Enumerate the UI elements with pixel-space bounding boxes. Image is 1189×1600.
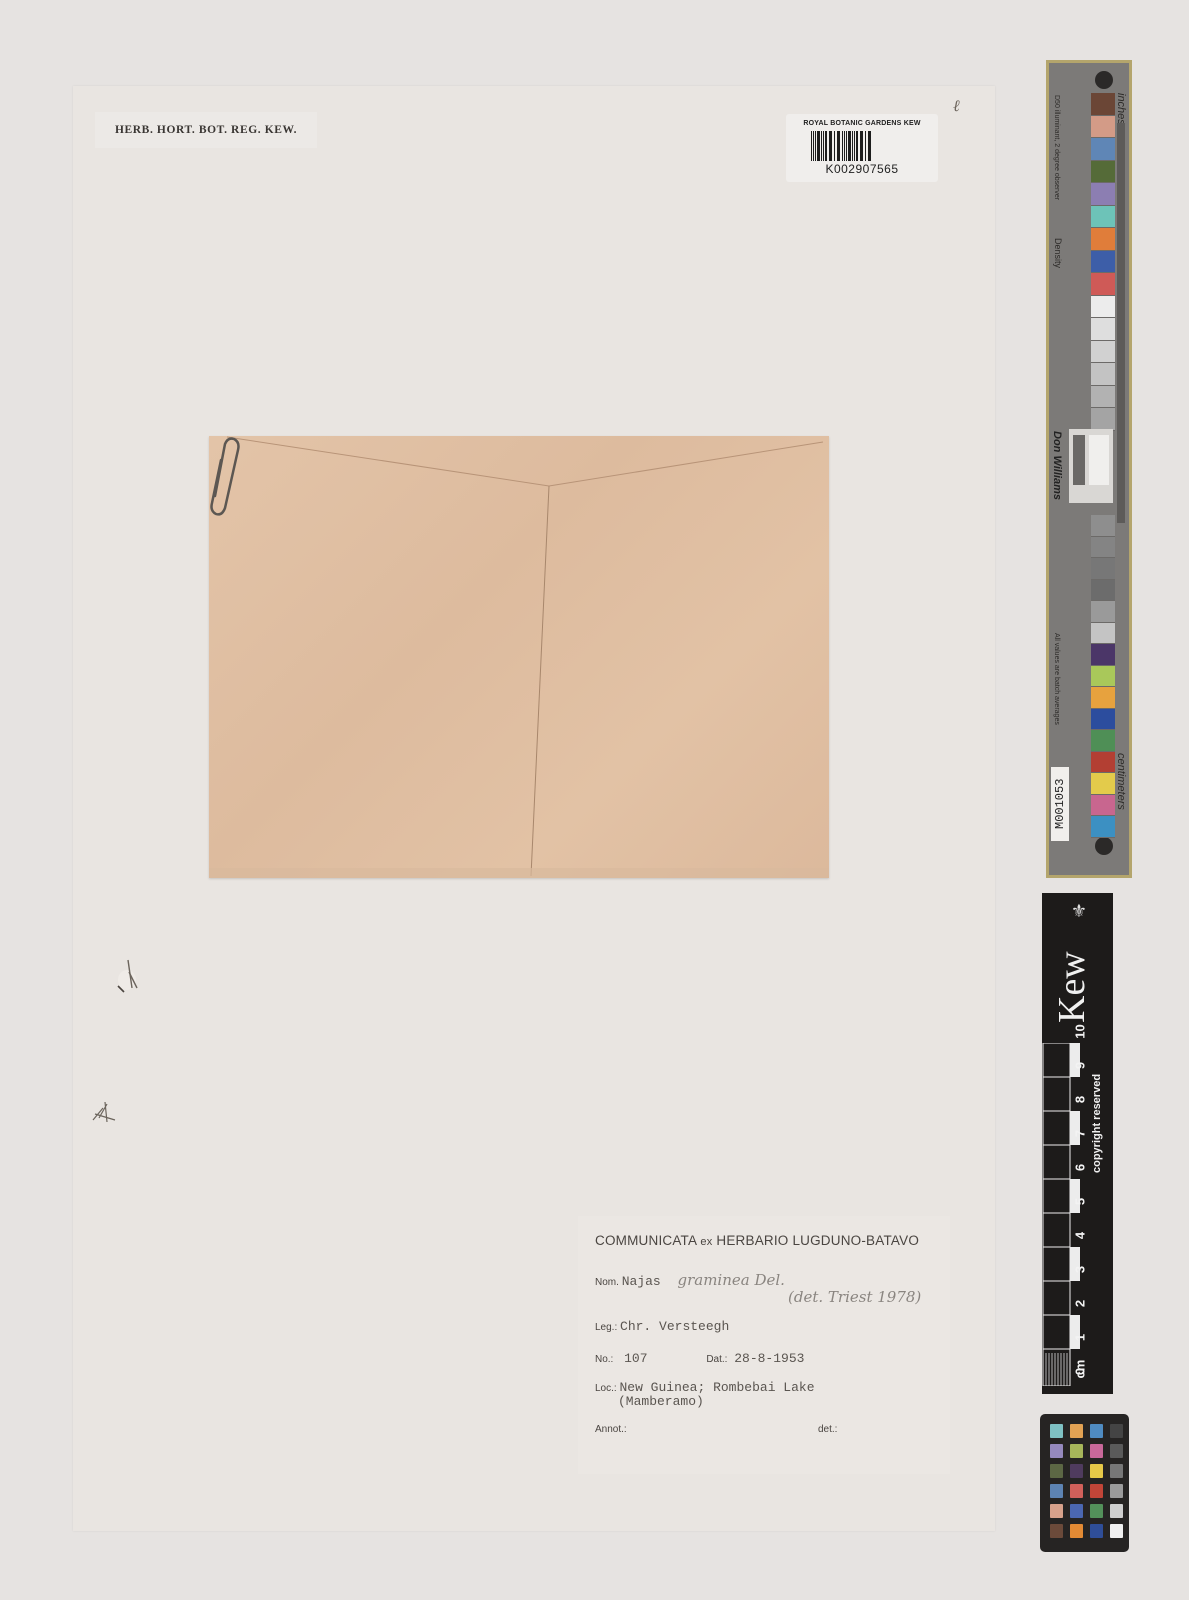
color-patch [1091,644,1115,666]
color-swatch [1070,1524,1083,1538]
color-swatch-grid [1050,1424,1123,1538]
gray-wedge-chart [1069,429,1113,503]
illuminant-note: D50 illuminant, 2 degree observer [1053,95,1060,200]
herbarium-stamp-text: HERB. HORT. BOT. REG. KEW. [115,124,297,136]
color-patch [1091,623,1115,645]
color-swatch [1050,1444,1063,1458]
barcode-institution: ROYAL BOTANIC GARDENS KEW [803,120,920,127]
color-swatch [1090,1524,1103,1538]
header-ex: ex [700,1236,712,1248]
nom-row: Nom. Najas graminea Del. [595,1271,785,1289]
color-swatch [1050,1524,1063,1538]
dat-value: 28-8-1953 [734,1351,804,1366]
color-patch [1091,816,1115,838]
ruler-id: M001053 [1051,767,1069,841]
color-patch [1091,666,1115,688]
color-calibration-ruler: inches centimeters D50 illuminant, 2 deg… [1046,60,1132,878]
color-swatch [1070,1424,1083,1438]
color-patch [1091,318,1115,341]
color-swatch [1070,1484,1083,1498]
color-patch [1091,138,1115,161]
paperclip-icon [209,436,243,516]
color-swatch [1110,1524,1123,1538]
brand-label: Don Williams [1051,431,1063,500]
color-patch [1091,580,1115,602]
color-patches-bottom [1091,515,1115,838]
color-patch [1091,251,1115,274]
color-patch [1091,687,1115,709]
dat-label: Dat.: [706,1354,727,1365]
ruler-scale-strip [1117,123,1125,523]
leg-label: Leg.: [595,1322,617,1333]
scale-tick-label: 9 [1073,1058,1088,1074]
color-patch [1091,515,1115,537]
scale-tick-label: 6 [1073,1160,1088,1176]
color-swatch [1110,1484,1123,1498]
color-patch [1091,795,1115,817]
plant-fragment-icon [115,958,145,998]
color-patch [1091,709,1115,731]
corner-handwritten-mark: ℓ [953,96,960,116]
leg-row: Leg.: Chr. Versteegh [595,1319,729,1334]
color-patch [1091,228,1115,251]
loc-line2: (Mamberamo) [618,1394,704,1409]
scale-tick-label: 7 [1073,1126,1088,1142]
color-patch [1091,206,1115,229]
nom-label: Nom. [595,1277,619,1288]
color-reference-card [1040,1414,1129,1552]
color-swatch [1090,1504,1103,1518]
plant-fragment-icon [91,1096,121,1126]
scale-tick-label: 5 [1073,1194,1088,1210]
kew-crest-icon: ⚜ [1064,901,1094,923]
color-swatch [1110,1464,1123,1478]
nom-handwritten: graminea Del. [677,1271,784,1289]
specimen-envelope[interactable] [209,436,829,878]
color-swatch [1090,1464,1103,1478]
annot-label: Annot.: [595,1424,627,1435]
color-swatch [1110,1504,1123,1518]
color-patch [1091,601,1115,623]
ruler-hole-icon [1095,837,1113,855]
det-handwritten: (det. Triest 1978) [788,1288,921,1306]
color-patch [1091,93,1115,116]
nom-typed: Najas [622,1274,661,1289]
barcode-label: ROYAL BOTANIC GARDENS KEW K002907565 [786,114,938,182]
color-patches-top [1091,93,1115,431]
scale-tick-label: 1 [1073,1330,1088,1346]
color-patch [1091,558,1115,580]
no-label: No.: [595,1354,613,1365]
kew-logo: Kew [1050,923,1094,1023]
barcode-icon [811,131,913,161]
copyright-text: copyright reserved [1091,1043,1103,1173]
scale-tick-label: 4 [1073,1228,1088,1244]
centimeters-label: centimeters [1115,753,1127,810]
color-swatch [1090,1424,1103,1438]
header-main: COMMUNICATA [595,1233,696,1248]
color-swatch [1050,1424,1063,1438]
color-swatch [1050,1484,1063,1498]
color-swatch [1070,1464,1083,1478]
scale-tick-label: 3 [1073,1262,1088,1278]
loc-line1: New Guinea; Rombebai Lake [619,1380,814,1395]
label-header: COMMUNICATA ex HERBARIO LUGDUNO-BATAVO [595,1233,919,1248]
kew-scale-bar: ⚜ Kew copyright reserved 012345678910 cm [1042,893,1113,1394]
barcode-id: K002907565 [825,162,898,176]
color-patch [1091,183,1115,206]
color-patch [1091,116,1115,139]
loc-label: Loc.: [595,1383,617,1394]
loc-row: Loc.: New Guinea; Rombebai Lake [595,1380,815,1395]
color-patch [1091,161,1115,184]
color-swatch [1090,1484,1103,1498]
color-patch [1091,730,1115,752]
leg-value: Chr. Versteegh [620,1319,729,1334]
color-patch [1091,408,1115,431]
color-patch [1091,752,1115,774]
color-swatch [1090,1444,1103,1458]
header-rest: HERBARIO LUGDUNO-BATAVO [716,1233,919,1248]
scale-unit: cm [1073,1363,1088,1379]
scale-tick-label: 8 [1073,1092,1088,1108]
color-swatch [1050,1504,1063,1518]
color-patch [1091,273,1115,296]
inches-label: inches [1115,93,1127,125]
color-patch [1091,341,1115,364]
determination-label: COMMUNICATA ex HERBARIO LUGDUNO-BATAVO N… [578,1216,950,1474]
color-patch [1091,773,1115,795]
density-label: Density [1053,238,1063,268]
number-date-row: No.: 107 Dat.: 28-8-1953 [595,1351,804,1366]
footer-note: All values are batch averages [1053,633,1060,725]
color-swatch [1050,1464,1063,1478]
det-label: det.: [818,1424,837,1435]
color-patch [1091,363,1115,386]
no-value: 107 [624,1351,647,1366]
color-swatch [1110,1424,1123,1438]
scale-tick-label: 2 [1073,1296,1088,1312]
color-swatch [1070,1444,1083,1458]
color-swatch [1110,1444,1123,1458]
ruler-hole-icon [1095,71,1113,89]
color-patch [1091,537,1115,559]
color-patch [1091,386,1115,409]
envelope-folds-icon [209,436,829,878]
color-swatch [1070,1504,1083,1518]
color-patch [1091,296,1115,319]
herbarium-sheet: HERB. HORT. BOT. REG. KEW. ℓ ROYAL BOTAN… [73,86,995,1531]
scale-tick-label: 10 [1073,1024,1088,1040]
herbarium-stamp-label: HERB. HORT. BOT. REG. KEW. [95,112,317,148]
